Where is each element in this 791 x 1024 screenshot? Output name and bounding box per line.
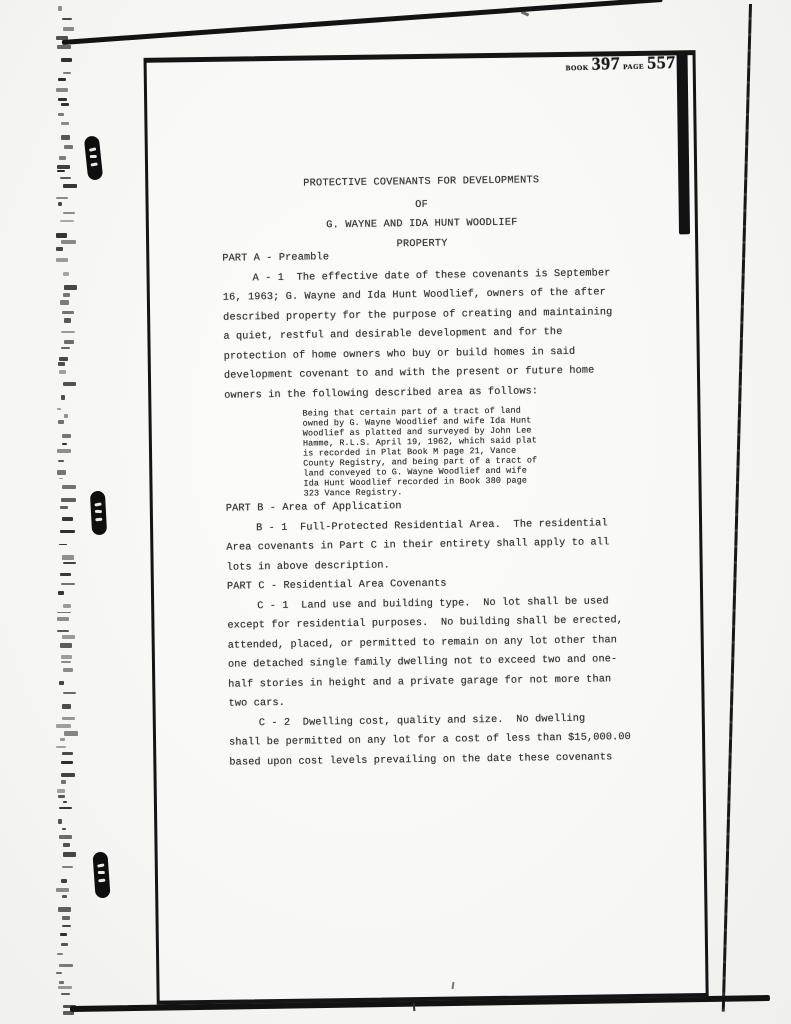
typewritten-content: PROTECTIVE COVENANTS FOR DEVELOPMENTSOFG… [220,51,633,996]
recorded-page: BOOK 397 PAGE 557 PROTECTIVE COVENANTS F… [0,0,791,1024]
text-line: PROTECTIVE COVENANTS FOR DEVELOPMENTS [221,170,621,195]
scanned-document-page: BOOK 397 PAGE 557 PROTECTIVE COVENANTS F… [0,0,791,1024]
paragraph: C - 1 Land use and building type. No lot… [227,592,629,715]
paragraph: B - 1 Full-Protected Residential Area. T… [226,514,627,578]
document-body: PART A - PreambleA - 1 The effective dat… [222,244,629,773]
hole-punch-fastener [92,852,110,899]
document-title: PROTECTIVE COVENANTS FOR DEVELOPMENTSOFG… [221,170,622,257]
hole-punch-fastener [90,491,107,536]
paragraph: C - 2 Dwelling cost, quality and size. N… [229,709,630,773]
page-label: PAGE [623,63,644,71]
paragraph: A - 1 The effective date of these covena… [222,264,624,406]
legal-description-quote: Being that certain part of a tract of la… [302,404,625,498]
page-number: 557 [647,53,676,72]
